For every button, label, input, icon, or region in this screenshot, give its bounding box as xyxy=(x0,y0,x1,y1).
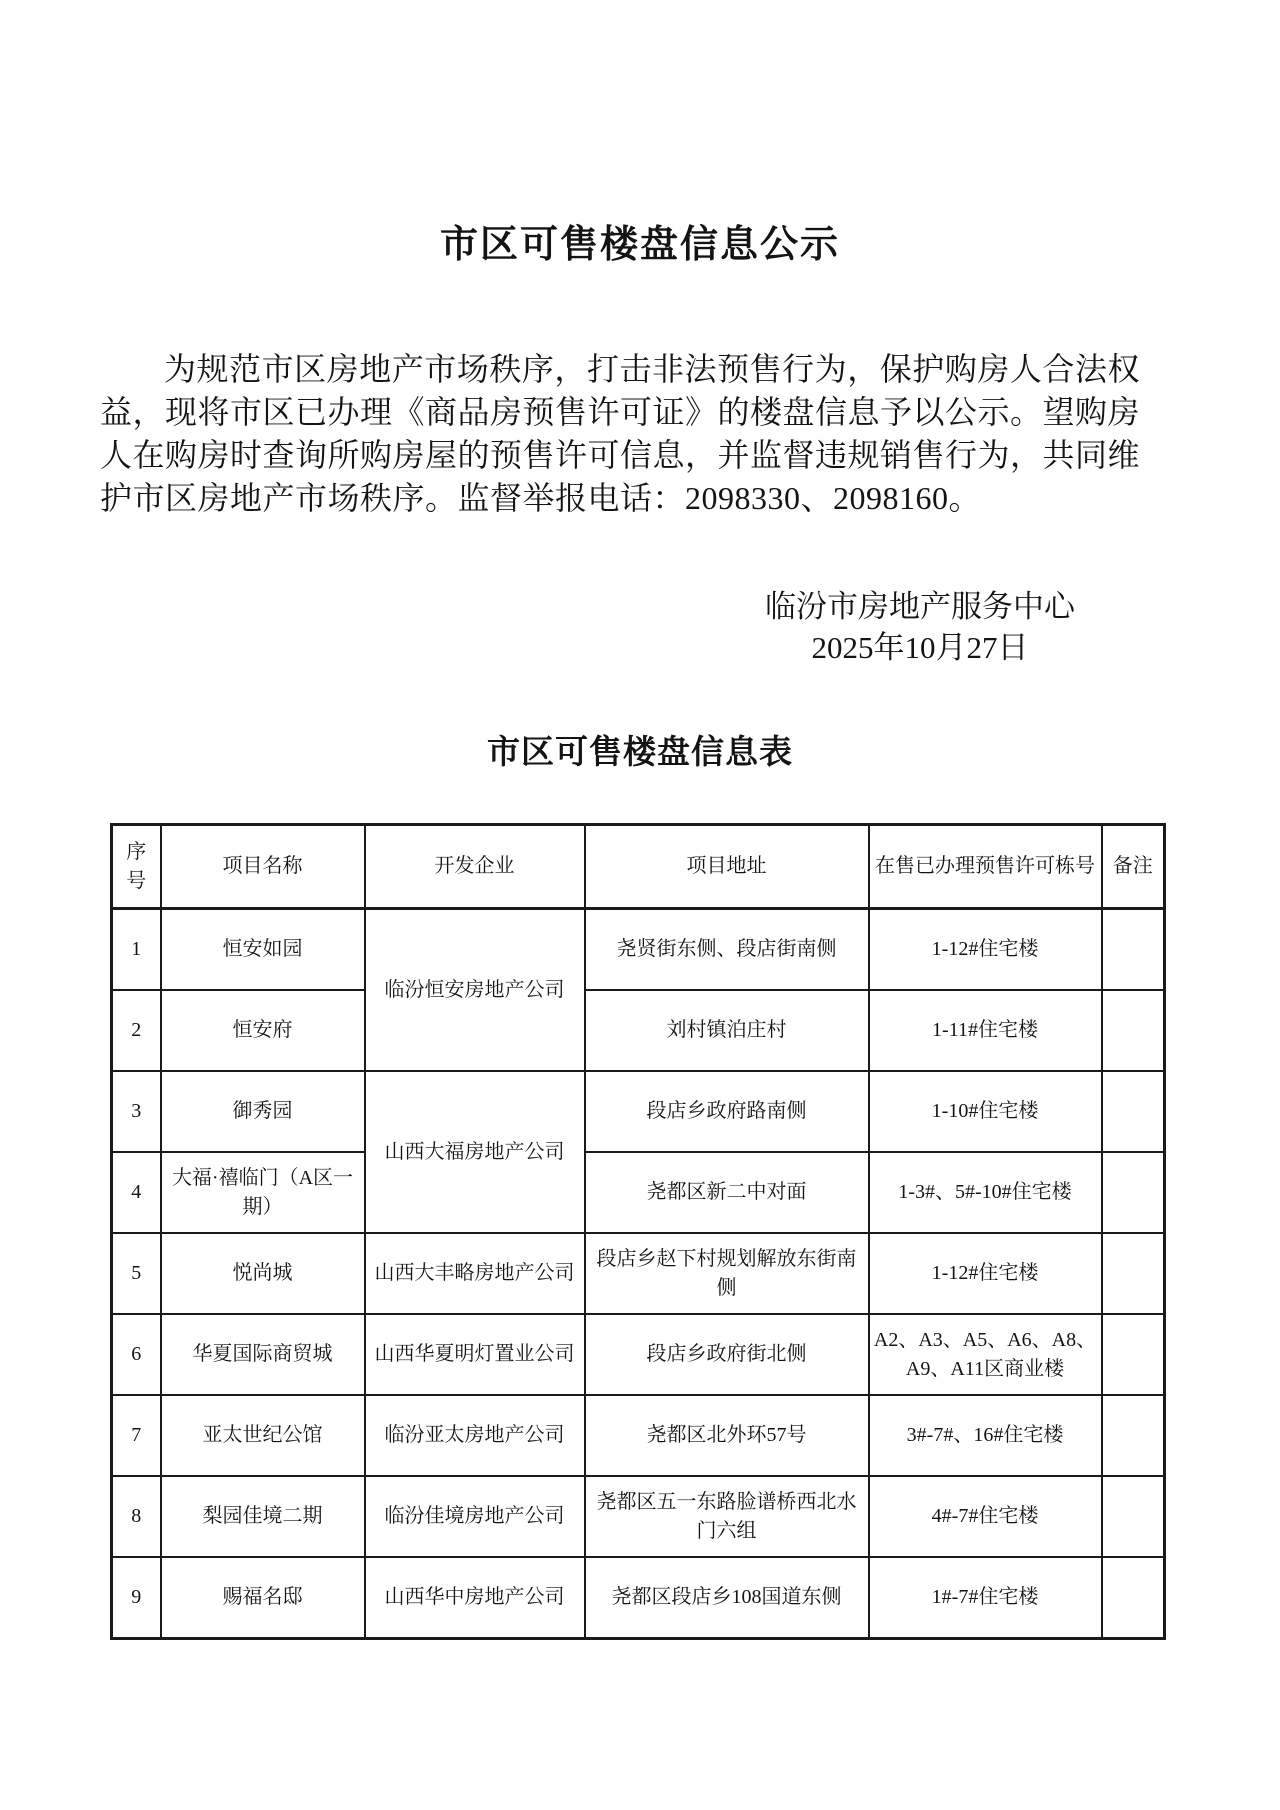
cell-remark xyxy=(1102,1557,1165,1639)
cell-address: 尧贤街东侧、段店街南侧 xyxy=(585,909,869,991)
cell-address: 段店乡赵下村规划解放东街南侧 xyxy=(585,1233,869,1314)
issuer-name: 临汾市房地产服务中心 xyxy=(765,586,1075,627)
listings-table-title: 市区可售楼盘信息表 xyxy=(0,732,1280,774)
cell-no: 8 xyxy=(112,1476,161,1557)
cell-address: 尧都区北外环57号 xyxy=(585,1395,869,1476)
cell-no: 3 xyxy=(112,1071,161,1152)
cell-project-name: 梨园佳境二期 xyxy=(161,1476,365,1557)
cell-address: 段店乡政府路南侧 xyxy=(585,1071,869,1152)
cell-address: 尧都区段店乡108国道东侧 xyxy=(585,1557,869,1639)
cell-project-name: 华夏国际商贸城 xyxy=(161,1314,365,1395)
cell-buildings: 1#-7#住宅楼 xyxy=(869,1557,1102,1639)
table-row: 2恒安府刘村镇泊庄村1-11#住宅楼 xyxy=(112,990,1165,1071)
document-page: 市区可售楼盘信息公示 为规范市区房地产市场秩序，打击非法预售行为，保护购房人合法… xyxy=(0,0,1280,1810)
cell-developer: 山西大福房地产公司 xyxy=(365,1071,585,1233)
cell-no: 2 xyxy=(112,990,161,1071)
table-header-row: 序号项目名称开发企业项目地址在售已办理预售许可栋号备注 xyxy=(112,825,1165,909)
cell-no: 6 xyxy=(112,1314,161,1395)
table-row: 1恒安如园临汾恒安房地产公司尧贤街东侧、段店街南侧1-12#住宅楼 xyxy=(112,909,1165,991)
cell-remark xyxy=(1102,1233,1165,1314)
cell-address: 段店乡政府街北侧 xyxy=(585,1314,869,1395)
cell-developer: 山西大丰略房地产公司 xyxy=(365,1233,585,1314)
cell-remark xyxy=(1102,1152,1165,1233)
cell-project-name: 赐福名邸 xyxy=(161,1557,365,1639)
cell-developer: 临汾恒安房地产公司 xyxy=(365,909,585,1072)
cell-no: 1 xyxy=(112,909,161,991)
table-row: 8梨园佳境二期临汾佳境房地产公司尧都区五一东路脸谱桥西北水门六组4#-7#住宅楼 xyxy=(112,1476,1165,1557)
cell-address: 刘村镇泊庄村 xyxy=(585,990,869,1071)
cell-project-name: 悦尚城 xyxy=(161,1233,365,1314)
cell-developer: 临汾佳境房地产公司 xyxy=(365,1476,585,1557)
cell-buildings: A2、A3、A5、A6、A8、A9、A11区商业楼 xyxy=(869,1314,1102,1395)
cell-no: 9 xyxy=(112,1557,161,1639)
listings-table: 序号项目名称开发企业项目地址在售已办理预售许可栋号备注 1恒安如园临汾恒安房地产… xyxy=(110,823,1166,1640)
column-header-3: 项目地址 xyxy=(585,825,869,909)
cell-buildings: 1-3#、5#-10#住宅楼 xyxy=(869,1152,1102,1233)
cell-buildings: 4#-7#住宅楼 xyxy=(869,1476,1102,1557)
cell-address: 尧都区新二中对面 xyxy=(585,1152,869,1233)
cell-remark xyxy=(1102,1314,1165,1395)
cell-developer: 山西华中房地产公司 xyxy=(365,1557,585,1639)
cell-buildings: 1-10#住宅楼 xyxy=(869,1071,1102,1152)
cell-buildings: 1-12#住宅楼 xyxy=(869,909,1102,991)
cell-developer: 山西华夏明灯置业公司 xyxy=(365,1314,585,1395)
cell-no: 4 xyxy=(112,1152,161,1233)
cell-remark xyxy=(1102,1071,1165,1152)
cell-project-name: 恒安府 xyxy=(161,990,365,1071)
column-header-5: 备注 xyxy=(1102,825,1165,909)
table-row: 9赐福名邸山西华中房地产公司尧都区段店乡108国道东侧1#-7#住宅楼 xyxy=(112,1557,1165,1639)
cell-no: 5 xyxy=(112,1233,161,1314)
column-header-0: 序号 xyxy=(112,825,161,909)
table-row: 3御秀园山西大福房地产公司段店乡政府路南侧1-10#住宅楼 xyxy=(112,1071,1165,1152)
column-header-4: 在售已办理预售许可栋号 xyxy=(869,825,1102,909)
cell-buildings: 3#-7#、16#住宅楼 xyxy=(869,1395,1102,1476)
column-header-1: 项目名称 xyxy=(161,825,365,909)
signature-block: 临汾市房地产服务中心 2025年10月27日 xyxy=(765,586,1075,668)
table-row: 7亚太世纪公馆临汾亚太房地产公司尧都区北外环57号3#-7#、16#住宅楼 xyxy=(112,1395,1165,1476)
cell-remark xyxy=(1102,990,1165,1071)
column-header-2: 开发企业 xyxy=(365,825,585,909)
cell-project-name: 御秀园 xyxy=(161,1071,365,1152)
document-title: 市区可售楼盘信息公示 xyxy=(0,0,1280,268)
cell-address: 尧都区五一东路脸谱桥西北水门六组 xyxy=(585,1476,869,1557)
table-row: 4大福·禧临门（A区一期）尧都区新二中对面1-3#、5#-10#住宅楼 xyxy=(112,1152,1165,1233)
cell-project-name: 亚太世纪公馆 xyxy=(161,1395,365,1476)
cell-no: 7 xyxy=(112,1395,161,1476)
table-row: 5悦尚城山西大丰略房地产公司段店乡赵下村规划解放东街南侧1-12#住宅楼 xyxy=(112,1233,1165,1314)
cell-project-name: 大福·禧临门（A区一期） xyxy=(161,1152,365,1233)
cell-buildings: 1-11#住宅楼 xyxy=(869,990,1102,1071)
table-row: 6华夏国际商贸城山西华夏明灯置业公司段店乡政府街北侧A2、A3、A5、A6、A8… xyxy=(112,1314,1165,1395)
cell-developer: 临汾亚太房地产公司 xyxy=(365,1395,585,1476)
cell-remark xyxy=(1102,1476,1165,1557)
cell-remark xyxy=(1102,909,1165,991)
cell-buildings: 1-12#住宅楼 xyxy=(869,1233,1102,1314)
cell-project-name: 恒安如园 xyxy=(161,909,365,991)
notice-paragraph: 为规范市区房地产市场秩序，打击非法预售行为，保护购房人合法权益，现将市区已办理《… xyxy=(100,348,1140,520)
issue-date: 2025年10月27日 xyxy=(765,627,1075,668)
cell-remark xyxy=(1102,1395,1165,1476)
